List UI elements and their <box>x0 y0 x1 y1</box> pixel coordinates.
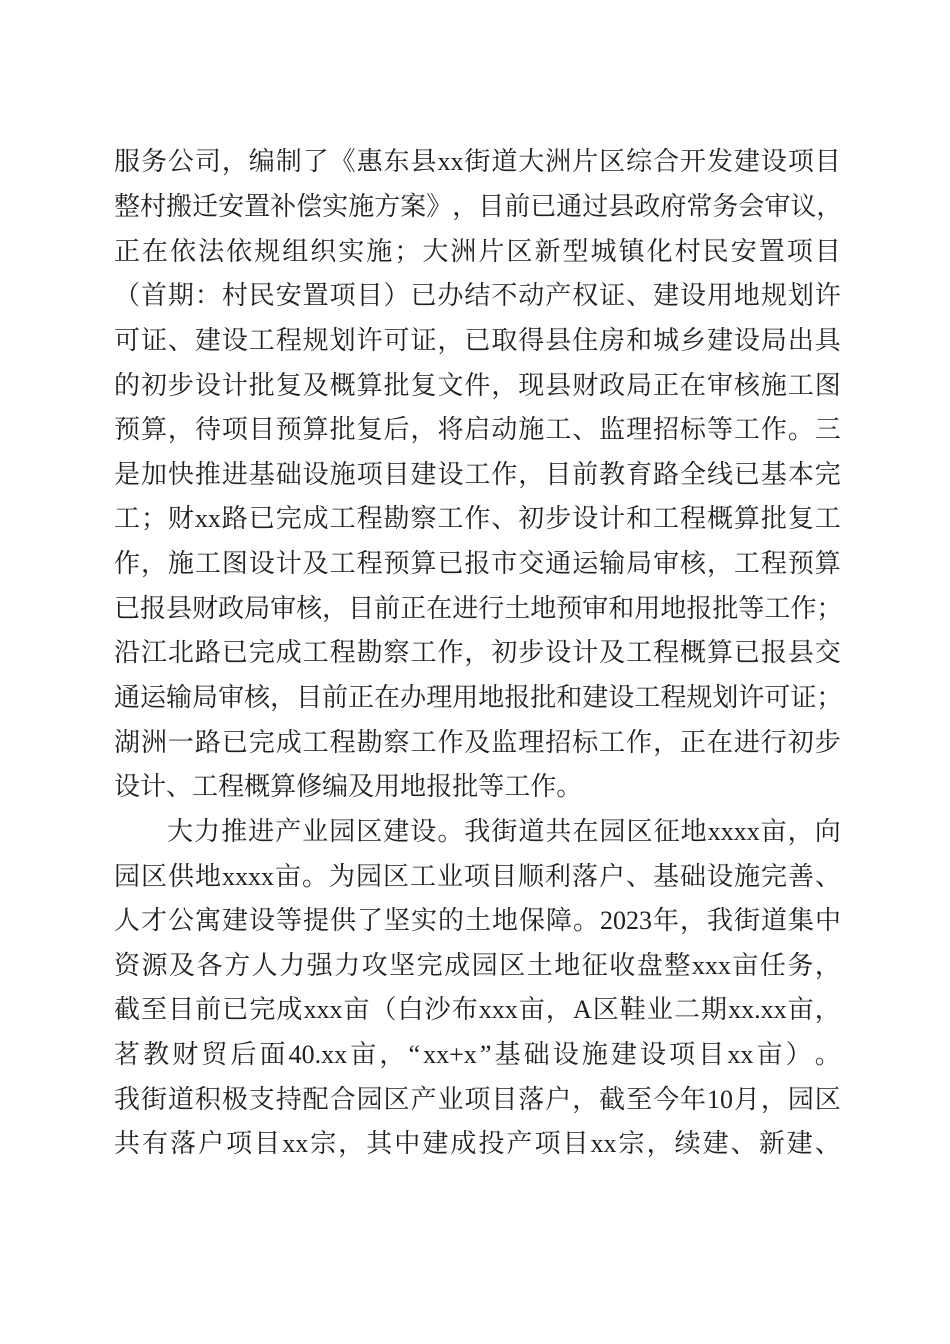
text-line: 通运输局审核，目前正在办理用地报批和建设工程规划许可证； <box>114 676 841 721</box>
text-line: 共有落户项目xx宗，其中建成投产项目xx宗，续建、新建、 <box>114 1122 841 1167</box>
text-line: 截至目前已完成xxx亩（白沙布xxx亩，A区鞋业二期xx.xx亩， <box>114 988 841 1033</box>
text-line: 园区供地xxxx亩。为园区工业项目顺利落户、基础设施完善、 <box>114 854 841 899</box>
text-line: 预算，待项目预算批复后，将启动施工、监理招标等工作。三 <box>114 408 841 453</box>
text-line: 的初步设计批复及概算批复文件，现县财政局正在审核施工图 <box>114 363 841 408</box>
text-line: 沿江北路已完成工程勘察工作，初步设计及工程概算已报县交 <box>114 631 841 676</box>
document-text-block: 服务公司，编制了《惠东县xx街道大洲片区综合开发建设项目 整村搬迁安置补偿实施方… <box>114 140 841 1167</box>
text-line: 服务公司，编制了《惠东县xx街道大洲片区综合开发建设项目 <box>114 140 841 185</box>
text-line: 我街道积极支持配合园区产业项目落户，截至今年10月，园区 <box>114 1077 841 1122</box>
text-line: 湖洲一路已完成工程勘察工作及监理招标工作，正在进行初步 <box>114 720 841 765</box>
text-line: 可证、建设工程规划许可证，已取得县住房和城乡建设局出具 <box>114 319 841 364</box>
text-line: 整村搬迁安置补偿实施方案》，目前已通过县政府常务会审议， <box>114 185 841 230</box>
text-line: 已报县财政局审核，目前正在进行土地预审和用地报批等工作； <box>114 586 841 631</box>
text-line: 大力推进产业园区建设。我街道共在园区征地xxxx亩，向 <box>114 810 841 855</box>
text-line: 资源及各方人力强力攻坚完成园区土地征收盘整xxx亩任务， <box>114 944 841 989</box>
text-line: 人才公寓建设等提供了坚实的土地保障。2023年，我街道集中 <box>114 899 841 944</box>
text-line: 设计、工程概算修编及用地报批等工作。 <box>114 765 841 810</box>
text-line: 茗教财贸后面40.xx亩，“xx+x”基础设施建设项目xx亩）。 <box>114 1033 841 1078</box>
text-line: 作，施工图设计及工程预算已报市交通运输局审核，工程预算 <box>114 542 841 587</box>
document-page: 服务公司，编制了《惠东县xx街道大洲片区综合开发建设项目 整村搬迁安置补偿实施方… <box>0 0 950 1344</box>
text-line: 是加快推进基础设施项目建设工作，目前教育路全线已基本完 <box>114 452 841 497</box>
text-line: （首期：村民安置项目）已办结不动产权证、建设用地规划许 <box>114 274 841 319</box>
text-line: 正在依法依规组织实施；大洲片区新型城镇化村民安置项目 <box>114 229 841 274</box>
text-line: 工；财xx路已完成工程勘察工作、初步设计和工程概算批复工 <box>114 497 841 542</box>
